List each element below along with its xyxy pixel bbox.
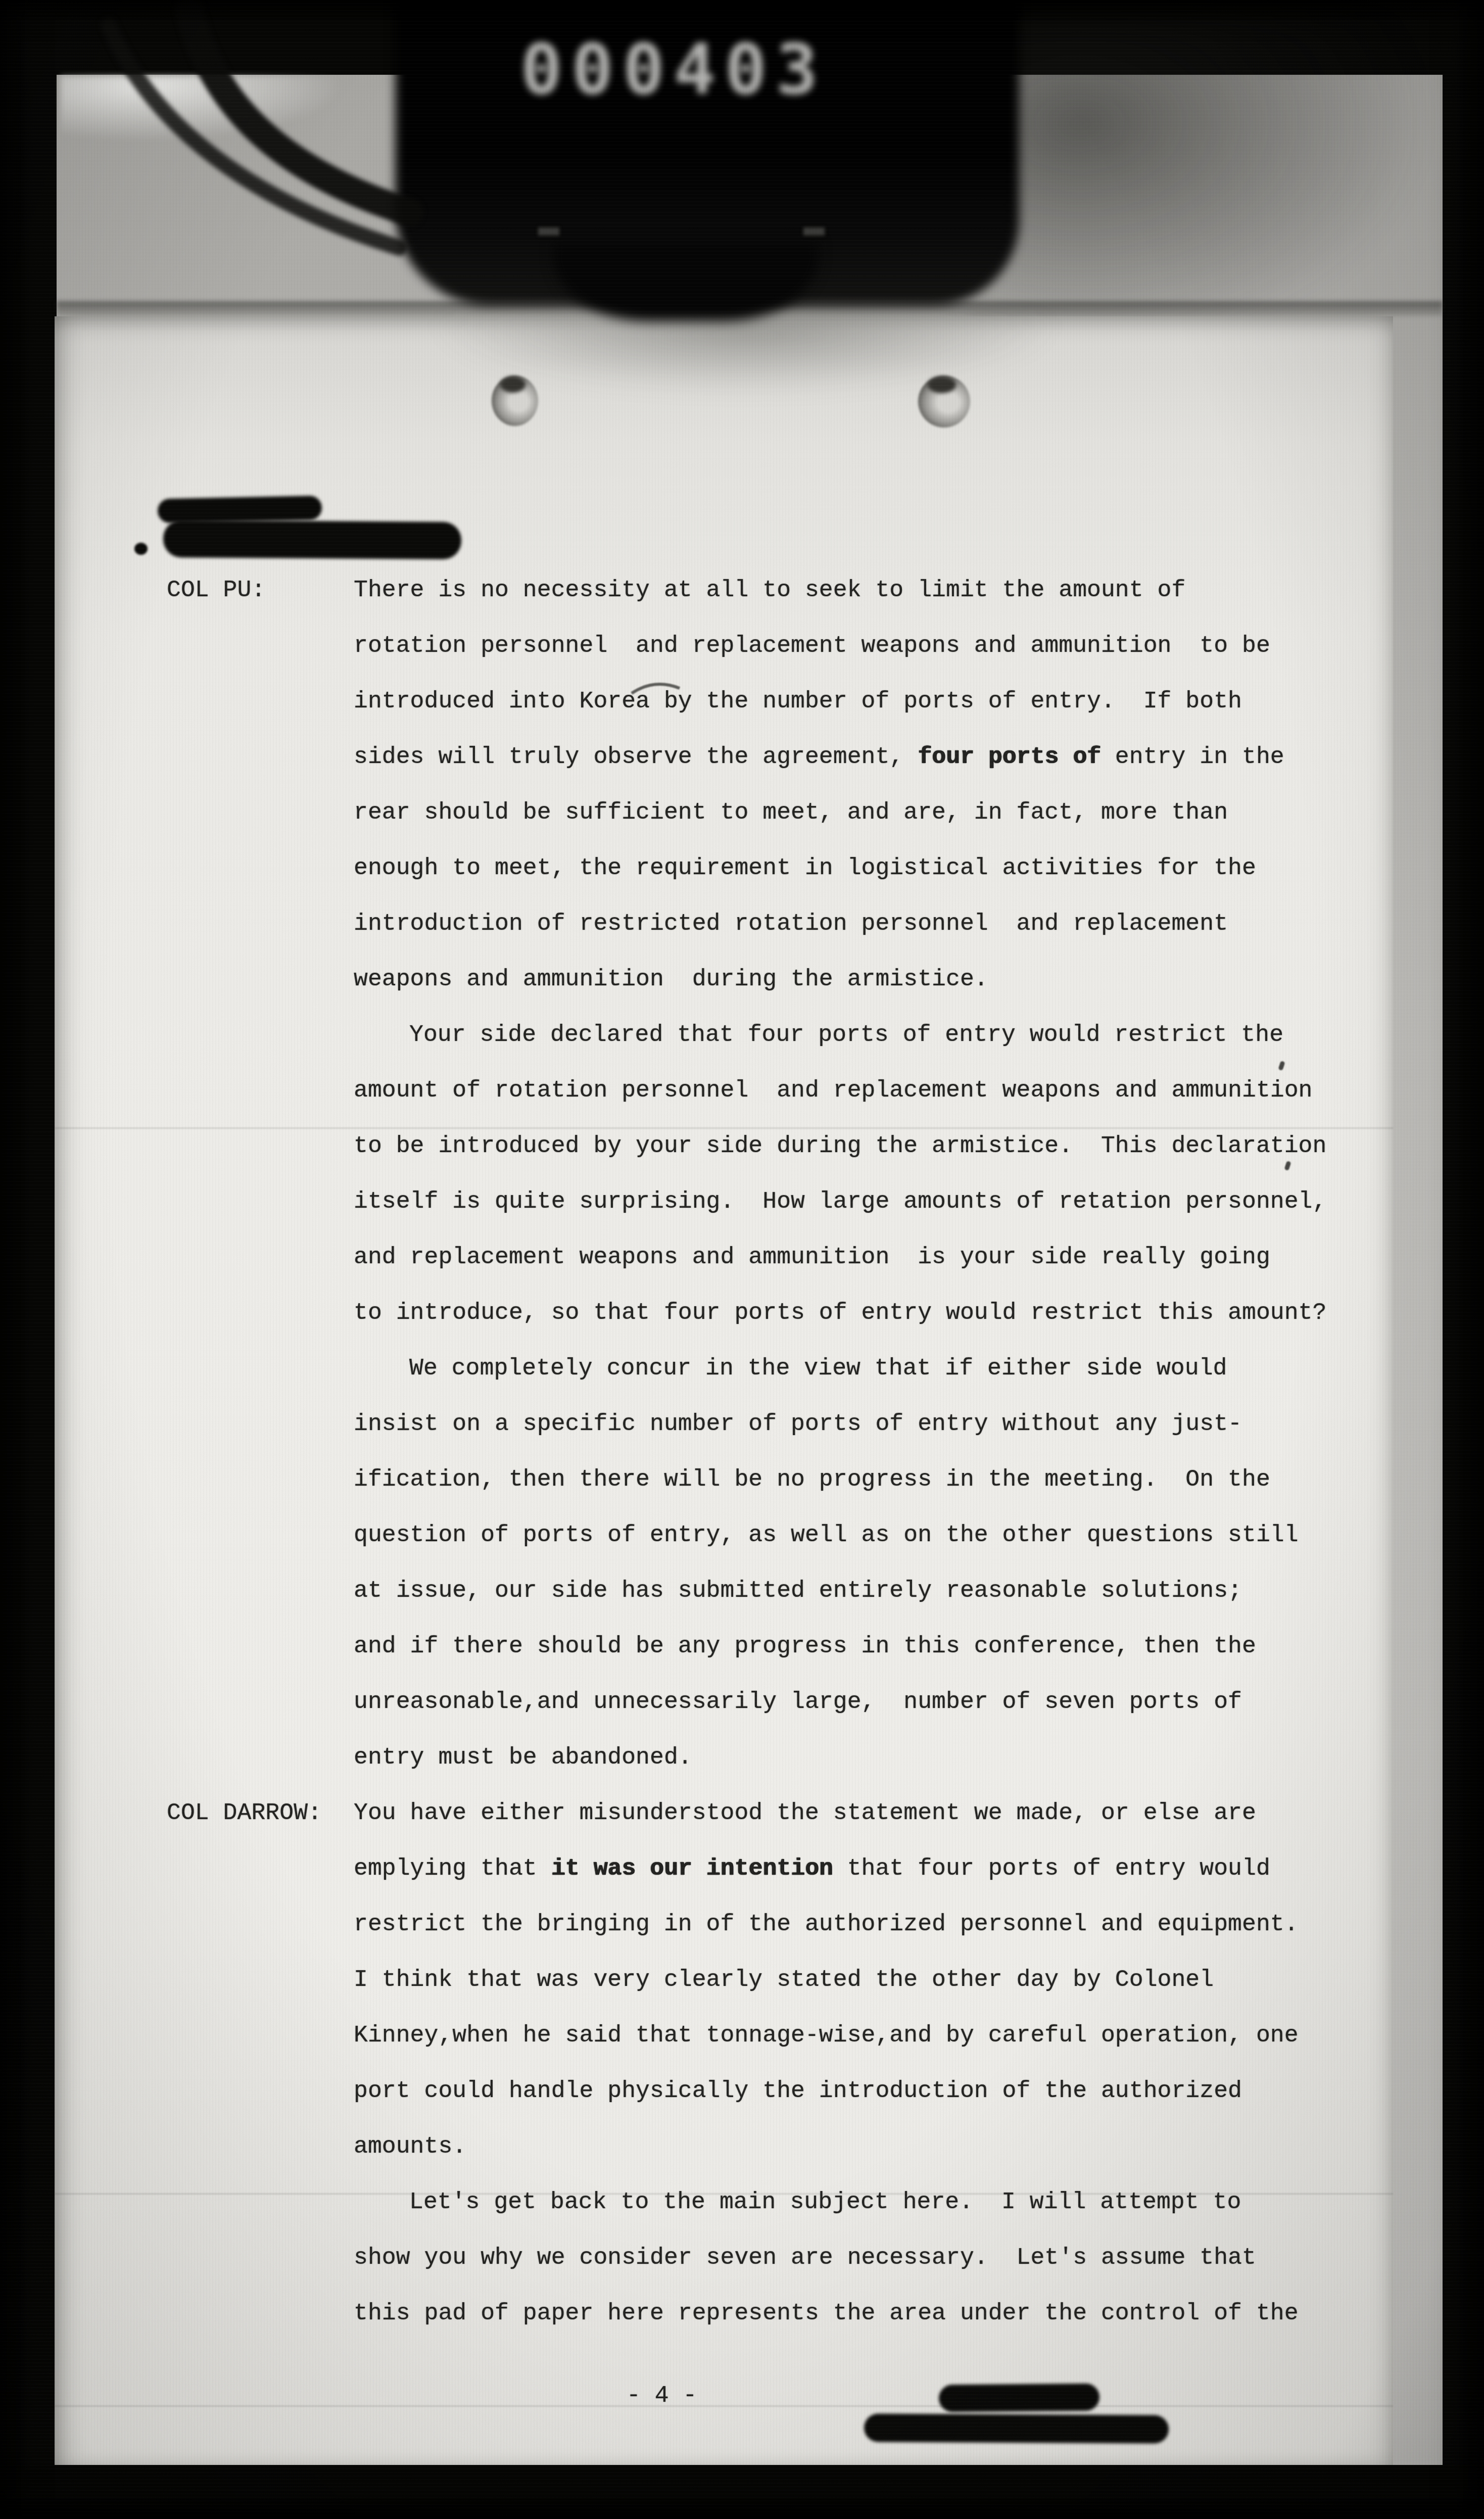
transcript-line: at issue, our side has submitted entirel…: [354, 1563, 1354, 1619]
film-bottom-band: [0, 2465, 1484, 2519]
transcript-line: entry must be abandoned.: [354, 1730, 1354, 1785]
device-bottom-shadow: [429, 317, 1061, 393]
transcript-line: I think that was very clearly stated the…: [354, 1952, 1354, 2008]
transcript-line: restrict the bringing in of the authoriz…: [354, 1896, 1354, 1952]
redaction-mark-top-1: [158, 496, 322, 524]
redaction-mark-bottom-1: [939, 2384, 1099, 2412]
transcript-line: insist on a specific number of ports of …: [354, 1396, 1354, 1452]
transcript-line: You have either misunderstood the statem…: [354, 1785, 1354, 1841]
transcript-line: question of ports of entry, as well as o…: [354, 1507, 1354, 1563]
transcript-line: itself is quite surprising. How large am…: [354, 1174, 1354, 1229]
transcript-line: port could handle physically the introdu…: [354, 2063, 1354, 2119]
transcript-line: sides will truly observe the agreement, …: [354, 729, 1354, 785]
speaker-label: COL PU:: [167, 562, 265, 618]
transcript-line: Your side declared that four ports of en…: [354, 1007, 1354, 1063]
transcript-line: amounts.: [354, 2119, 1354, 2174]
transcript-line: show you why we consider seven are neces…: [354, 2230, 1354, 2286]
transcript-line: introduction of restricted rotation pers…: [354, 896, 1354, 952]
counter-display: 000403: [520, 29, 904, 110]
transcript-line: unreasonable,and unnecessarily large, nu…: [354, 1674, 1354, 1730]
transcript-line: this pad of paper here represents the ar…: [354, 2286, 1354, 2341]
transcript-line: rear should be sufficient to meet, and a…: [354, 785, 1354, 840]
transcript-line: There is no necessity at all to seek to …: [354, 562, 1354, 618]
transcript-line: amount of rotation personnel and replace…: [354, 1063, 1354, 1118]
speaker-label: COL DARROW:: [167, 1785, 322, 1841]
speaker-block: COL PU:There is no necessity at all to s…: [354, 562, 1354, 1785]
transcript-line: We completely concur in the view that if…: [354, 1341, 1354, 1396]
transcript-line: to introduce, so that four ports of entr…: [354, 1285, 1354, 1341]
transcript-line: and if there should be any progress in t…: [354, 1619, 1354, 1674]
transcript-line: emplying that it was our intention that …: [354, 1841, 1354, 1896]
document-page: COL PU:There is no necessity at all to s…: [55, 316, 1393, 2466]
transcript-line: ification, then there will be no progres…: [354, 1452, 1354, 1507]
paragraph: We completely concur in the view that if…: [354, 1341, 1354, 1785]
transcript-line: enough to meet, the requirement in logis…: [354, 840, 1354, 896]
speaker-block: COL DARROW:You have either misunderstood…: [354, 1785, 1354, 2341]
transcript-line: rotation personnel and replacement weapo…: [354, 618, 1354, 674]
paragraph: Let's get back to the main subject here.…: [354, 2174, 1354, 2341]
transcript-line: Kinney,when he said that tonnage-wise,an…: [354, 2008, 1354, 2063]
overtyped-text: it was our intention: [551, 1855, 833, 1882]
transcript-line: to be introduced by your side during the…: [354, 1118, 1354, 1174]
device-screw-mark: [803, 227, 825, 235]
device-screw-mark: [538, 227, 559, 235]
redaction-mark-top-2: [163, 520, 462, 559]
transcript: COL PU:There is no necessity at all to s…: [354, 562, 1354, 2341]
redaction-mark-bottom-2: [864, 2413, 1169, 2443]
paragraph: There is no necessity at all to seek to …: [354, 562, 1354, 1007]
scan-streak: [55, 2405, 1393, 2407]
overtyped-text: four ports of: [918, 743, 1101, 770]
page-number: - 4 -: [627, 2381, 697, 2411]
transcript-line: weapons and ammunition during the armist…: [354, 952, 1354, 1007]
transcript-line: and replacement weapons and ammunition i…: [354, 1229, 1354, 1285]
transcript-line: introduced into Korea by the number of p…: [354, 674, 1354, 729]
redaction-dot: [134, 543, 148, 555]
transcript-line: Let's get back to the main subject here.…: [354, 2174, 1354, 2230]
microfilm-frame: COL PU:There is no necessity at all to s…: [0, 0, 1484, 2519]
paragraph: Your side declared that four ports of en…: [354, 1007, 1354, 1341]
backing-top-highlight: [61, 76, 344, 141]
paragraph: You have either misunderstood the statem…: [354, 1785, 1354, 2174]
